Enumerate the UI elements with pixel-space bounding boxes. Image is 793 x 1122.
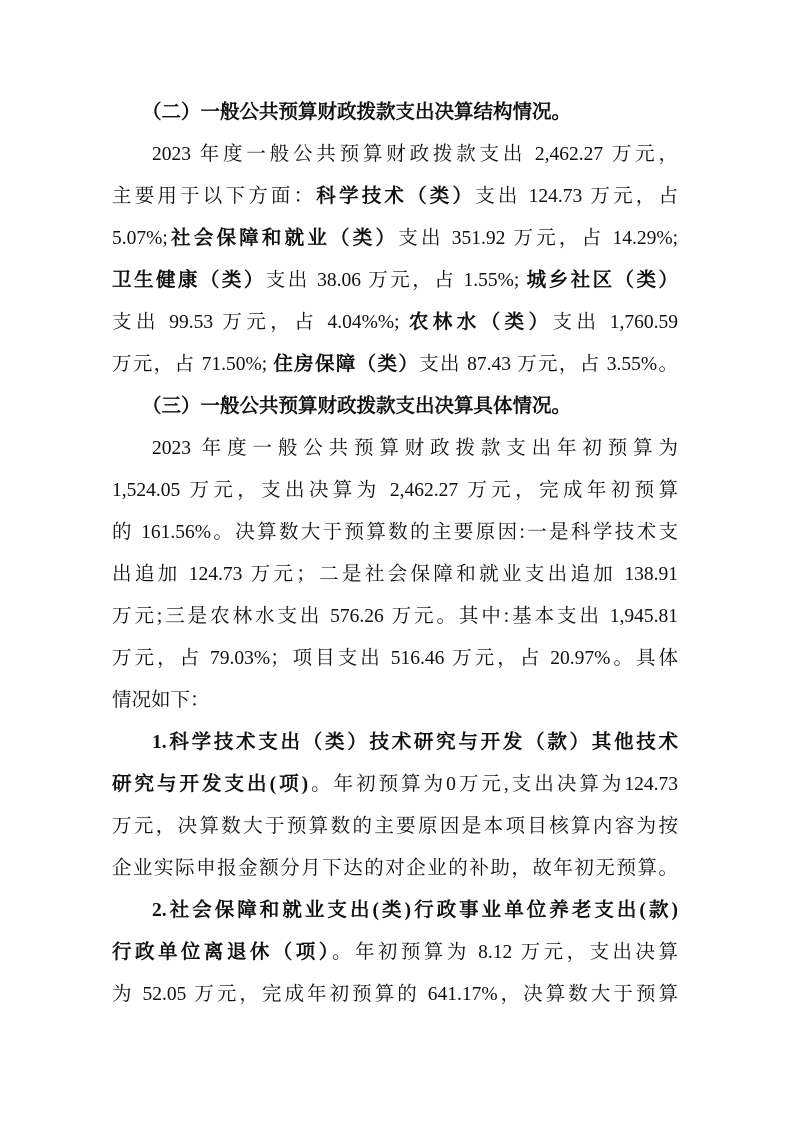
text-run: 为 52.05 万元，完成年初预算的 641.17%，决算数大于预算 [112,984,678,1005]
text-line: 研究与开发支出(项)。年初预算为0万元,支出决算为124.73 [112,764,678,806]
para-item-1-science-tech: 1.科学技术支出（类）技术研究与开发（款）其他技术研究与开发支出(项)。年初预算… [112,722,678,890]
text-line: 万元，占 79.03%；项目支出 516.46 万元，占 20.97%。具体 [112,638,678,680]
text-line: 为 52.05 万元，完成年初预算的 641.17%，决算数大于预算 [112,974,678,1016]
text-line: 万元，占 71.50%; 住房保障（类）支出 87.43 万元，占 3.55%。 [112,344,678,386]
text-line: 主要用于以下方面：科学技术（类）支出 124.73 万元，占 [112,176,678,218]
text-run: （三）一般公共预算财政拨款支出决算具体情况。 [142,396,571,417]
text-run: 社会保障和就业（类） [168,228,398,249]
text-run: 。年初预算为 8.12 万元，支出决算 [332,942,678,963]
text-line: （三）一般公共预算财政拨款支出决算具体情况。 [112,386,678,428]
text-line: 支出 99.53 万元，占 4.04%%; 农林水（类）支出 1,760.59 [112,302,678,344]
text-line: 5.07%;社会保障和就业（类）支出 351.92 万元，占 14.29%; [112,218,678,260]
text-run: 情况如下： [112,690,210,711]
text-line: 行政单位离退休（项）。年初预算为 8.12 万元，支出决算 [112,932,678,974]
text-line: 1,524.05 万元，支出决算为 2,462.27 万元，完成年初预算 [112,470,678,512]
text-line: 万元，决算数大于预算数的主要原因是本项目核算内容为按 [112,806,678,848]
document-content: （二）一般公共预算财政拨款支出决算结构情况。2023 年度一般公共预算财政拨款支… [112,92,678,1016]
text-run: 万元;三是农林水支出 576.26 万元。其中:基本支出 1,945.81 [112,606,678,627]
text-run: 企业实际申报金额分月下达的对企业的补助，故年初无预算。 [112,858,678,879]
text-run: 支出 99.53 万元，占 4.04%%; [112,312,409,333]
text-run: 行政单位离退休（项） [112,942,332,963]
text-run: 出追加 124.73 万元；二是社会保障和就业支出追加 138.91 [112,564,678,585]
text-run: 科学技术（类） [316,186,475,207]
text-run: 支出 124.73 万元，占 [475,186,678,207]
text-run: 2.社会保障和就业支出(类)行政事业单位养老支出(款) [152,900,678,921]
text-line: 企业实际申报金额分月下达的对企业的补助，故年初无预算。 [112,848,678,890]
text-run: 研究与开发支出(项) [112,774,308,795]
text-run: 主要用于以下方面： [112,186,316,207]
text-run: 2023 年度一般公共预算财政拨款支出 2,462.27 万元， [152,144,678,165]
text-run: 支出 87.43 万元，占 3.55%。 [419,354,678,375]
text-run: 支出 351.92 万元，占 14.29%; [398,228,678,249]
text-line: 2023 年度一般公共预算财政拨款支出 2,462.27 万元， [112,134,678,176]
text-run: 农林水（类） [409,312,553,333]
text-run: 5.07%; [112,228,168,249]
text-line: 2023 年度一般公共预算财政拨款支出年初预算为 [112,428,678,470]
text-run: 万元，占 71.50%; [112,354,273,375]
text-run: 1.科学技术支出（类）技术研究与开发（款）其他技术 [152,732,678,753]
heading-section-2: （二）一般公共预算财政拨款支出决算结构情况。 [112,92,678,134]
text-run: 2023 年度一般公共预算财政拨款支出年初预算为 [152,438,678,459]
text-run: 城乡社区（类） [527,270,678,291]
para-expenditure-structure: 2023 年度一般公共预算财政拨款支出 2,462.27 万元，主要用于以下方面… [112,134,678,386]
text-line: 情况如下： [112,680,678,722]
text-line: 1.科学技术支出（类）技术研究与开发（款）其他技术 [112,722,678,764]
text-run: （二）一般公共预算财政拨款支出决算结构情况。 [142,102,571,123]
text-line: （二）一般公共预算财政拨款支出决算结构情况。 [112,92,678,134]
text-run: 支出 1,760.59 [553,312,678,333]
para-overall-detail: 2023 年度一般公共预算财政拨款支出年初预算为1,524.05 万元，支出决算… [112,428,678,722]
text-line: 2.社会保障和就业支出(类)行政事业单位养老支出(款) [112,890,678,932]
text-run: 卫生健康（类） [112,270,266,291]
text-line: 出追加 124.73 万元；二是社会保障和就业支出追加 138.91 [112,554,678,596]
document-page: （二）一般公共预算财政拨款支出决算结构情况。2023 年度一般公共预算财政拨款支… [0,0,793,1122]
text-line: 万元;三是农林水支出 576.26 万元。其中:基本支出 1,945.81 [112,596,678,638]
text-line: 卫生健康（类）支出 38.06 万元，占 1.55%; 城乡社区（类） [112,260,678,302]
text-line: 的 161.56%。决算数大于预算数的主要原因:一是科学技术支 [112,512,678,554]
text-run: 支出 38.06 万元，占 1.55%; [266,270,527,291]
para-item-2-social-security: 2.社会保障和就业支出(类)行政事业单位养老支出(款)行政单位离退休（项）。年初… [112,890,678,1016]
heading-section-3: （三）一般公共预算财政拨款支出决算具体情况。 [112,386,678,428]
text-run: 。年初预算为0万元,支出决算为124.73 [308,774,678,795]
text-run: 的 161.56%。决算数大于预算数的主要原因:一是科学技术支 [112,522,678,543]
text-run: 万元，占 79.03%；项目支出 516.46 万元，占 20.97%。具体 [112,648,678,669]
text-run: 万元，决算数大于预算数的主要原因是本项目核算内容为按 [112,816,678,837]
text-run: 1,524.05 万元，支出决算为 2,462.27 万元，完成年初预算 [112,480,678,501]
text-run: 住房保障（类） [273,354,419,375]
